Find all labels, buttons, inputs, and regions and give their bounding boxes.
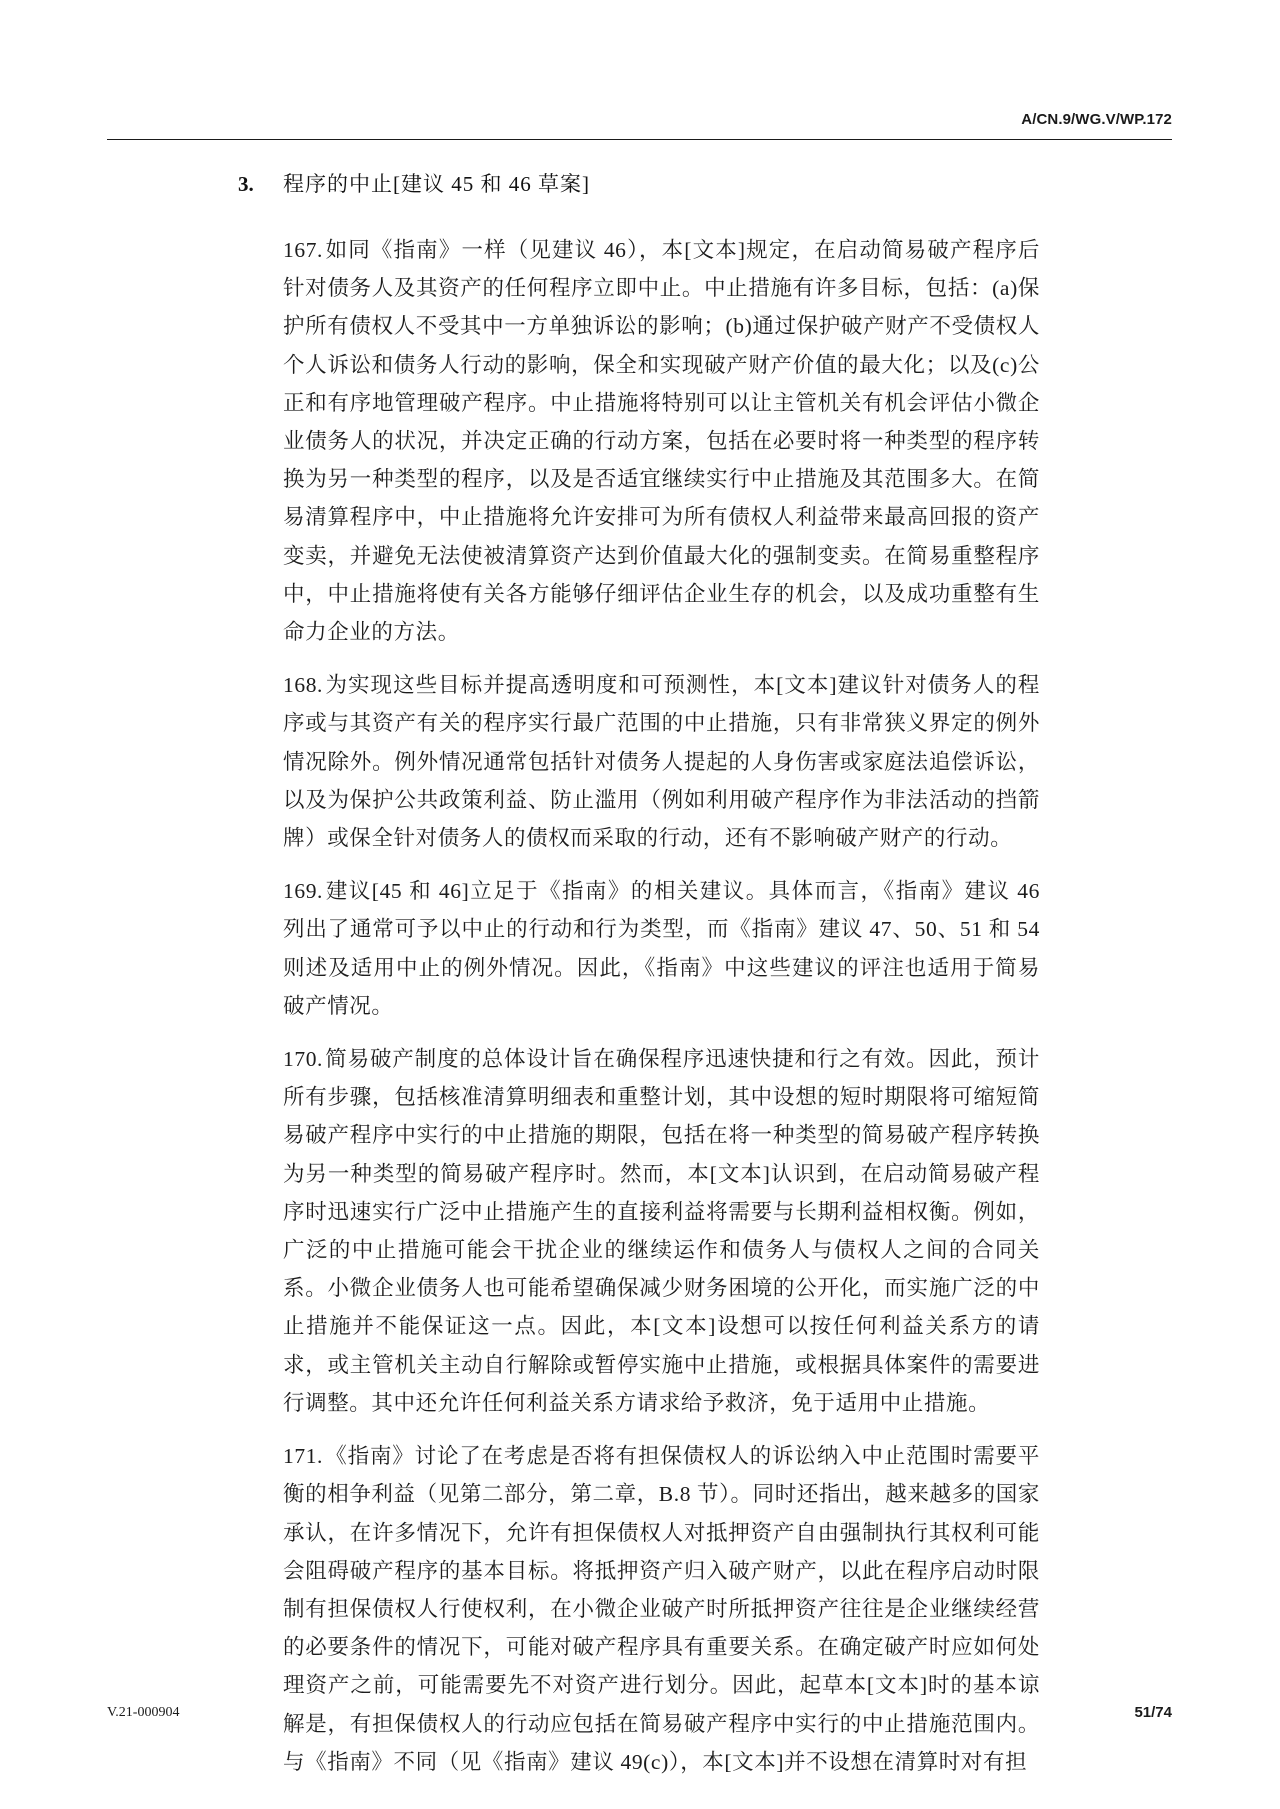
page-number: 51/74	[1134, 1704, 1172, 1721]
paragraph-number: 167.	[283, 238, 323, 262]
page-footer: V.21-000904 51/74	[107, 1705, 1172, 1735]
paragraph-168: 168.为实现这些目标并提高透明度和可预测性，本[文本]建议针对债务人的程序或与…	[283, 666, 1040, 857]
paragraph-text: 建议[45 和 46]立足于《指南》的相关建议。具体而言，《指南》建议 46 列…	[283, 879, 1040, 1018]
paragraph-text: 为实现这些目标并提高透明度和可预测性，本[文本]建议针对债务人的程序或与其资产有…	[283, 673, 1040, 850]
body-text: 167.如同《指南》一样（见建议 46），本[文本]规定，在启动简易破产程序后针…	[283, 231, 1040, 1796]
paragraph-169: 169.建议[45 和 46]立足于《指南》的相关建议。具体而言，《指南》建议 …	[283, 872, 1040, 1025]
paragraph-number: 168.	[283, 673, 323, 697]
paragraph-number: 170.	[283, 1047, 323, 1071]
section-heading: 3. 程序的中止[建议 45 和 46 草案]	[238, 168, 590, 198]
paragraph-170: 170.简易破产制度的总体设计旨在确保程序迅速快捷和行之有效。因此，预计所有步骤…	[283, 1040, 1040, 1422]
section-title: 程序的中止[建议 45 和 46 草案]	[283, 168, 590, 198]
paragraph-text: 如同《指南》一样（见建议 46），本[文本]规定，在启动简易破产程序后针对债务人…	[283, 238, 1040, 644]
paragraph-text: 简易破产制度的总体设计旨在确保程序迅速快捷和行之有效。因此，预计所有步骤，包括核…	[283, 1047, 1040, 1415]
paragraph-number: 171.	[283, 1444, 323, 1468]
page-header: A/CN.9/WG.V/WP.172	[107, 96, 1172, 140]
document-symbol: A/CN.9/WG.V/WP.172	[1021, 111, 1172, 128]
job-number: V.21-000904	[107, 1705, 179, 1721]
paragraph-number: 169.	[283, 879, 323, 903]
paragraph-167: 167.如同《指南》一样（见建议 46），本[文本]规定，在启动简易破产程序后针…	[283, 231, 1040, 651]
section-number: 3.	[238, 172, 283, 197]
